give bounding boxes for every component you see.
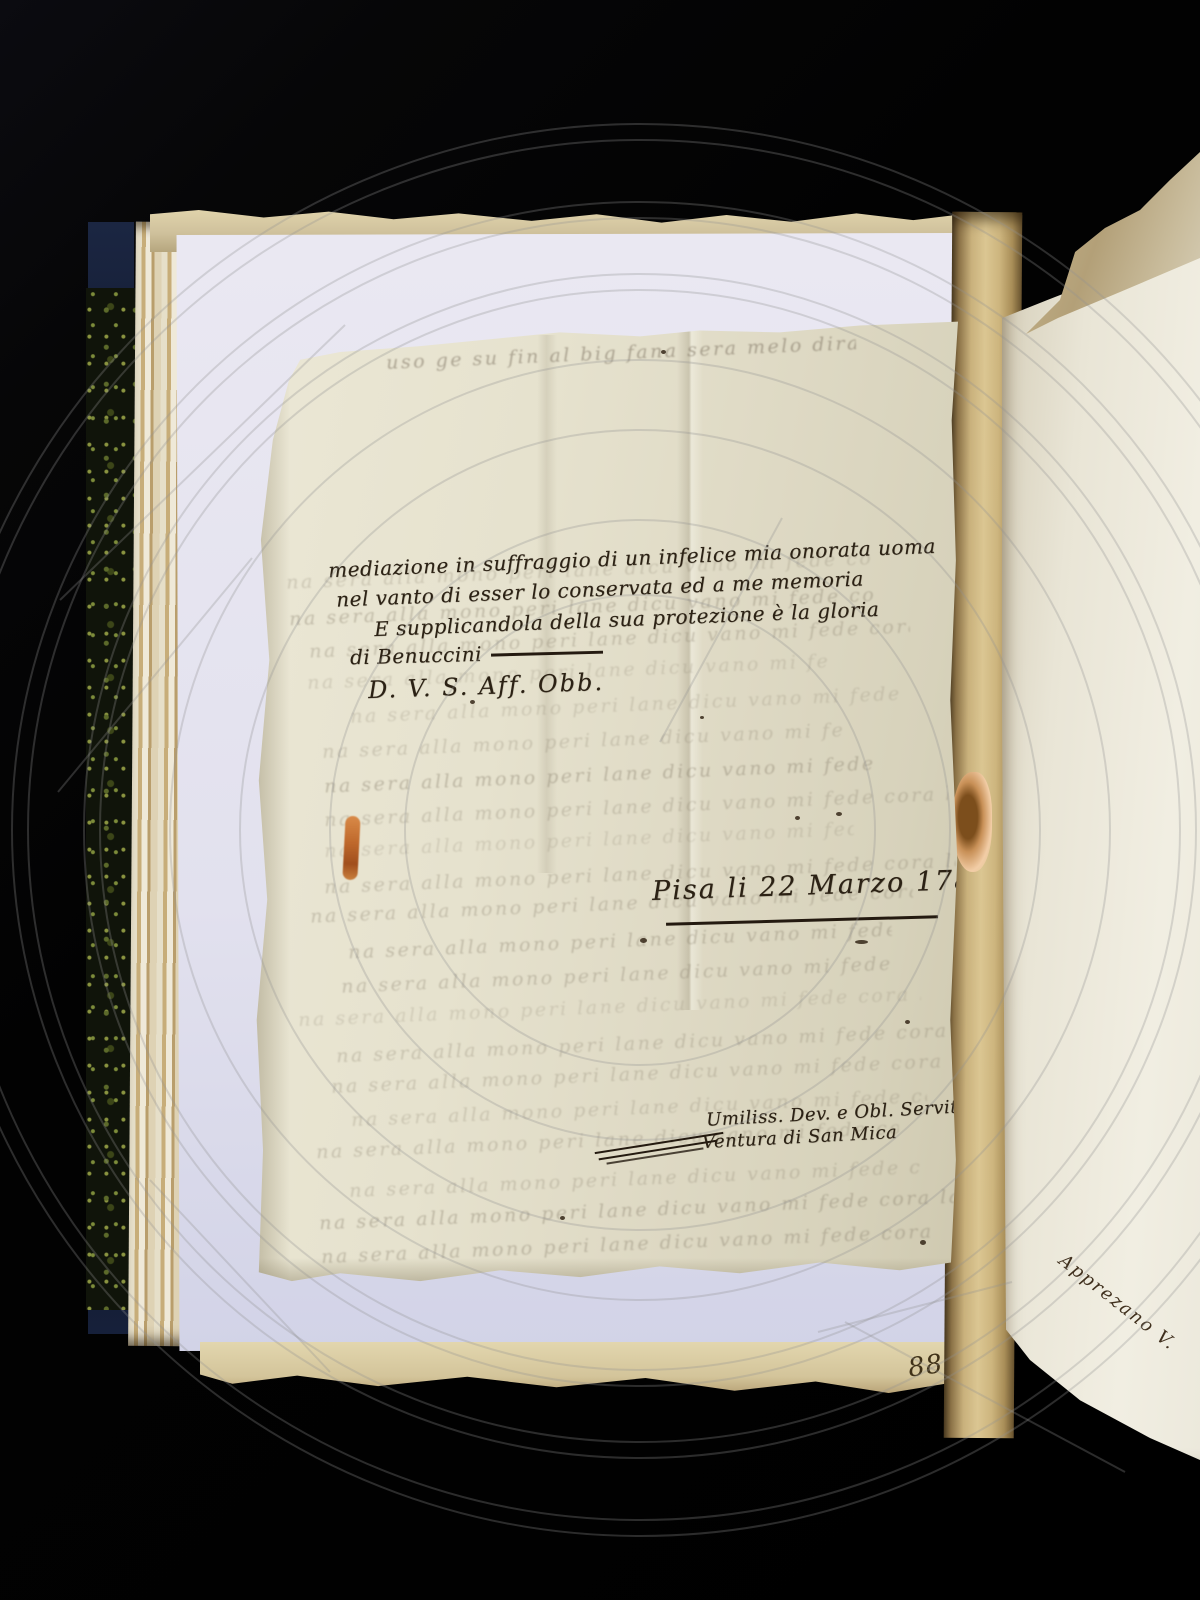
photo-stage: 880 Apprezano V. uso ge su fin al big fa…: [0, 0, 1200, 1600]
ink-specks: [256, 306, 958, 1284]
old-page-bottom-edge: [200, 1342, 1010, 1400]
ink-speck: [905, 1020, 910, 1024]
ink-speck: [661, 350, 666, 354]
ink-speck: [560, 1216, 565, 1220]
ink-speck: [700, 716, 704, 719]
ink-speck: [795, 816, 800, 820]
ink-speck: [836, 812, 842, 816]
ink-speck: [855, 940, 868, 944]
torn-orange-stain: [952, 772, 992, 872]
ink-speck: [920, 1240, 926, 1245]
ink-speck: [470, 700, 475, 704]
ink-speck: [640, 938, 647, 943]
manuscript-leaf: uso ge su fin al big fana sera melo dira…: [256, 306, 958, 1284]
